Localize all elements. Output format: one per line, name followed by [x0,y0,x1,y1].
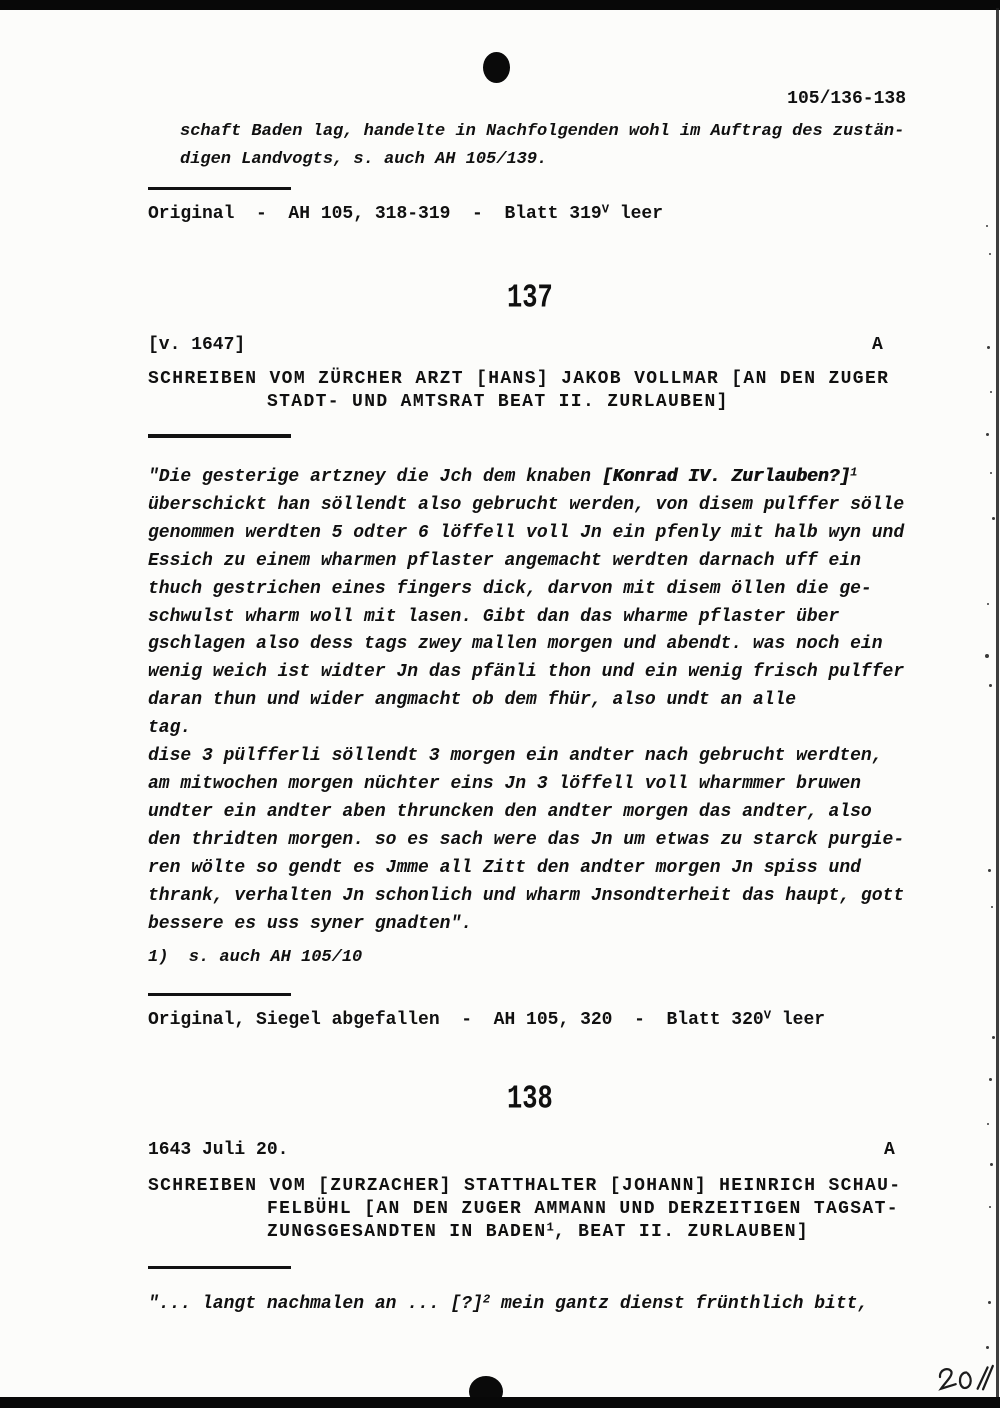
scan-speckle [986,1346,989,1349]
text-line: den thridten morgen. so es sach were das… [148,827,904,855]
scan-edge-right [996,8,999,1400]
scan-speckle [987,1123,989,1125]
text-line: schwulst wharm woll mit lasen. Gibt dan … [148,604,904,632]
scan-speckle [988,1301,991,1304]
scan-speckle [987,346,990,349]
separator-rule [148,1266,291,1269]
text-line: SCHREIBEN VOM [ZURZACHER] STATTHALTER [J… [148,1175,901,1198]
source-line-entry-137: Original, Siegel abgefallen - AH 105, 32… [148,1009,825,1031]
entry-137-series-letter: A [872,334,883,356]
archive-register-page: 105/136-138 schaft Baden lag, handelte i… [0,0,1000,1408]
separator-rule [148,187,291,190]
folio-number: 105/136-138 [148,88,906,110]
entry-137-date: [v. 1647] [148,334,245,356]
source-line-entry-136: Original - AH 105, 318-319 - Blatt 319V … [148,203,663,225]
scan-speckle [985,654,989,658]
text-line: undter ein andter aben thruncken den and… [148,799,904,827]
scan-speckle [986,225,988,227]
entry-138-number: 138 [148,1082,912,1117]
handwritten-page-number [935,1359,998,1398]
carryover-paragraph: schaft Baden lag, handelte in Nachfolgen… [180,118,904,173]
text-line: SCHREIBEN VOM ZÜRCHER ARZT [HANS] JAKOB … [148,368,889,391]
text-line: schaft Baden lag, handelte in Nachfolgen… [180,118,904,146]
text-line: genommen werdten 5 odter 6 löffell voll … [148,520,904,548]
scan-speckle [989,253,991,255]
scan-speckle [992,517,995,520]
text-line: bessere es uss syner gnadten". [148,911,904,939]
entry-138-series-letter: A [884,1139,895,1161]
entry-137-quote: "Die gesterige artzney die Jch dem knabe… [148,464,904,938]
scan-speckle [990,1163,993,1166]
text-line: thuch gestrichen eines fingers dick, dar… [148,576,904,604]
entry-137-title: SCHREIBEN VOM ZÜRCHER ARZT [HANS] JAKOB … [148,368,889,414]
text-line: wenig weich ist widter Jn das pfänli tho… [148,659,904,687]
scan-speckle [989,684,992,687]
text-line: ZUNGSGESANDTEN IN BADEN1, BEAT II. ZURLA… [267,1221,901,1244]
separator-rule [148,434,291,438]
scan-speckle [990,472,992,474]
separator-rule [148,993,291,996]
scan-speckle [989,1078,992,1081]
scan-edge-bottom [0,1397,1000,1408]
entry-137-footnote: 1) s. auch AH 105/10 [148,947,362,968]
scan-speckle [989,1206,991,1208]
text-line: überschickt han söllendt also gebrucht w… [148,492,904,520]
scan-speckle [992,1036,995,1039]
text-line: ren wölte so gendt es Jmme all Zitt den … [148,855,904,883]
text-line: "Die gesterige artzney die Jch dem knabe… [148,464,904,492]
entry-138-date: 1643 Juli 20. [148,1139,288,1161]
scan-speckle [990,391,992,393]
scan-speckle [991,906,993,908]
text-line: digen Landvogts, s. auch AH 105/139. [180,146,904,174]
text-line: gschlagen also dess tags zwey mallen mor… [148,631,904,659]
text-line: am mitwochen morgen nüchter eins Jn 3 lö… [148,771,904,799]
scan-speckle [987,603,989,605]
text-line: dise 3 pülfferli söllendt 3 morgen ein a… [148,743,904,771]
punch-hole-top [483,52,510,83]
text-line: thrank, verhalten Jn schonlich und wharm… [148,883,904,911]
entry-138-title: SCHREIBEN VOM [ZURZACHER] STATTHALTER [J… [148,1175,901,1245]
text-line: STADT- UND AMTSRAT BEAT II. ZURLAUBEN] [267,391,889,414]
text-line: tag. [148,715,904,743]
scan-edge-top [0,0,1000,10]
scan-speckle [988,869,991,872]
text-line: daran thun und wider angmacht ob dem fhü… [148,687,904,715]
text-line: FELBÜHL [AN DEN ZUGER AMMANN UND DERZEIT… [267,1198,901,1221]
text-line: Essich zu einem wharmen pflaster angemac… [148,548,904,576]
entry-138-quote: "... langt nachmalen an ... [?]2 mein ga… [148,1293,868,1315]
entry-137-number: 137 [148,281,912,316]
scan-speckle [986,433,989,436]
